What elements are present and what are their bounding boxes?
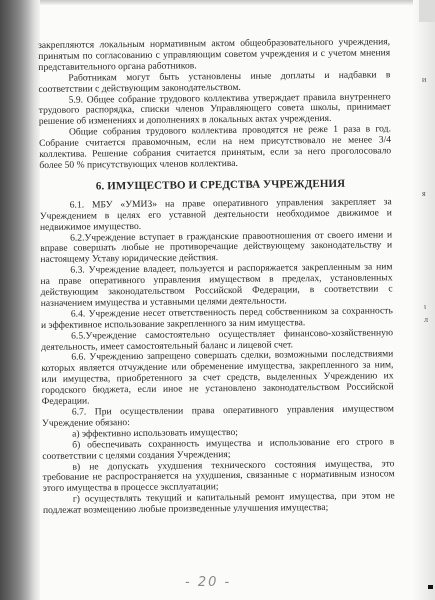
paragraph-5-9: 5.9. Общее собрание трудового коллектива… — [39, 92, 391, 128]
paragraph-6-1: 6.1. МБУ «УМИЗ» на праве оперативного уп… — [40, 197, 392, 233]
top-fold-shadow — [40, 0, 435, 5]
right-page-edge — [413, 0, 435, 600]
paragraph-meetings: Общие собрания трудового коллектива пров… — [39, 125, 391, 172]
scanned-page: закрепляются локальным нормативным актом… — [0, 0, 435, 600]
binding-shadow — [0, 0, 40, 600]
document-body: закрепляются локальным нормативным актом… — [38, 37, 395, 517]
bleed-through-mark: л — [424, 315, 428, 324]
section-heading: 6. ИМУЩЕСТВО И СРЕДСТВА УЧРЕЖДЕНИЯ — [49, 178, 391, 192]
paragraph-6-3: 6.3. Учреждение владеет, пользуется и ра… — [40, 263, 392, 310]
paragraph-6-6: 6.6. Учреждению запрещено совершать сдел… — [41, 350, 394, 408]
bleed-through-mark: ι — [424, 302, 426, 311]
right-edge-corner — [419, 0, 435, 22]
list-item-v: в) не допускать ухудшения технического с… — [42, 459, 394, 495]
bleed-through-mark: и — [422, 75, 426, 84]
list-item-g: г) осуществлять текущий и капитальный ре… — [43, 492, 395, 517]
page-number: - 20 - — [185, 575, 231, 590]
bleed-through-mark: я — [422, 189, 426, 198]
paragraph-6-2: 6.2.Учреждение вступает в гражданские пр… — [40, 230, 392, 266]
paragraph-continuation: закрепляются локальным нормативным актом… — [38, 37, 390, 73]
corner-mark — [428, 585, 433, 589]
